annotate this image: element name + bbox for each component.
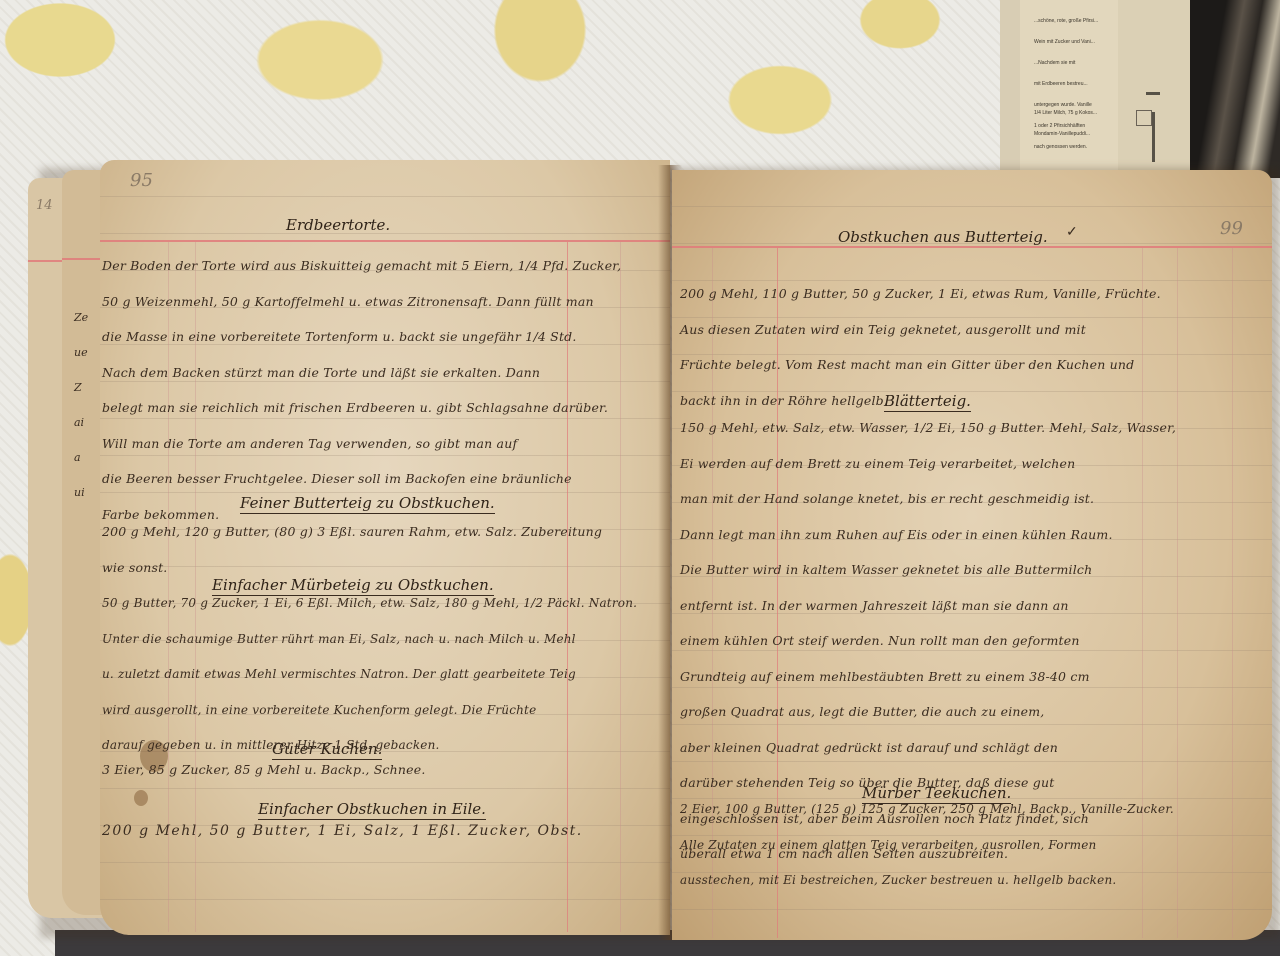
recipe-body-muerber-teekuchen: 2 Eier, 100 g Butter, (125 g) 125 g Zuck… xyxy=(680,792,1174,899)
page-number: 95 xyxy=(130,170,153,191)
magazine-clipping: ...schöne, rote, große Pfirsi... Wein mi… xyxy=(1000,0,1280,178)
header-margin-line xyxy=(672,246,1272,248)
recipe-body-erdbeertorte: Der Boden der Torte wird aus Biskuitteig… xyxy=(102,248,621,532)
page-number: 99 xyxy=(1220,218,1243,239)
recipe-body-feiner-butterteig: 200 g Mehl, 120 g Butter, (80 g) 3 Eßl. … xyxy=(102,514,602,585)
check-mark-icon: ✓ xyxy=(1066,224,1078,240)
recipe-title-feiner-butterteig: Feiner Butterteig zu Obstkuchen. xyxy=(240,494,495,514)
stain xyxy=(134,790,148,806)
header-margin-line xyxy=(100,240,670,242)
recipe-body-guter-kuchen: 3 Eier, 85 g Zucker, 85 g Mehl u. Backp.… xyxy=(102,752,426,788)
recipe-title-erdbeertorte: Erdbeertorte. xyxy=(286,216,390,234)
recipe-body-einfacher-obstkuchen: 200 g Mehl, 50 g Butter, 1 Ei, Salz, 1 E… xyxy=(102,814,583,850)
magazine-text-a2: 1/4 Liter Milch, 75 g Kokos... Mondamin-… xyxy=(1034,96,1097,178)
magazine-column-b xyxy=(1118,0,1193,170)
right-page: 99 Obstkuchen aus Butterteig. ✓ 200 g Me… xyxy=(672,170,1272,940)
recipe-title-blaetterteig: Blätterteig. xyxy=(884,392,971,412)
left-page: 95 Erdbeertorte. Der Boden der Torte wir… xyxy=(100,160,670,935)
underlying-page-number: 14 xyxy=(36,198,53,213)
recipe-body-einfacher-muerbeteig: 50 g Butter, 70 g Zucker, 1 Ei, 6 Eßl. M… xyxy=(102,586,637,764)
magazine-photo xyxy=(1190,0,1280,178)
underlying-fragments: Ze ue Z ai a ui xyxy=(74,300,88,510)
recipe-title-obstkuchen-aus-butterteig: Obstkuchen aus Butterteig. xyxy=(838,228,1048,246)
magazine-column-a: ...schöne, rote, große Pfirsi... Wein mi… xyxy=(1020,0,1120,170)
